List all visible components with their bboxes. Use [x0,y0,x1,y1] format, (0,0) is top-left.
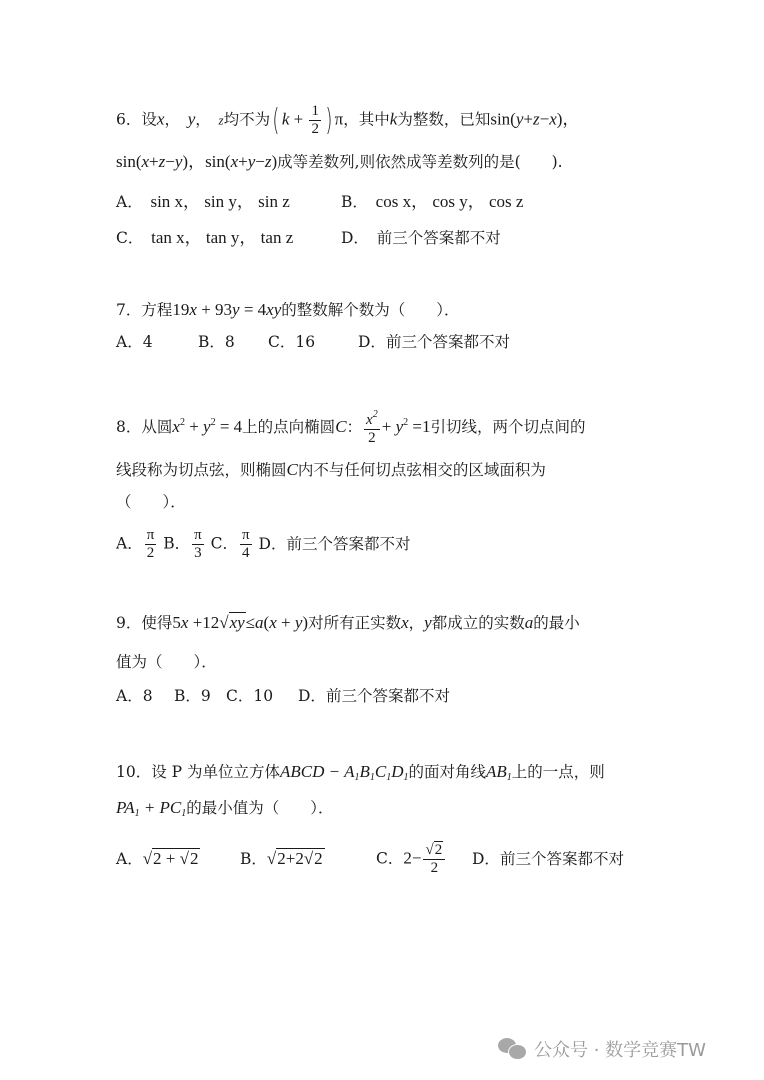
var-x: x [157,110,165,129]
stem-text: 引切线，两个切点间的 [430,418,585,436]
option-label: A． [116,687,143,705]
circle-equation: x2 + y2 = 4 [172,417,242,436]
q9-options: A．8B．9C．10D．前三个答案都不对 [116,689,450,705]
stem-text: 的整数解个数为（ ）． [281,301,459,319]
option-label: C． [211,535,238,553]
q8-stem-line2: 线段称为切点弦，则椭圆C内不与任何切点弦相交的区域面积为 [116,461,546,479]
fraction-x2-over-2: x22 [364,410,380,446]
watermark-text: 公众号 · 数学竞赛TW [534,1036,706,1062]
question-number: 7． [116,301,141,319]
q8-stem-line1: 8．从圆x2 + y2 = 4上的点向椭圆C：x22+ y2 =1引切线，两个切… [116,410,585,446]
option-text: 前三个答案都不对 [386,333,510,351]
q8-options: A．π2 B．π3 C．π4 D．前三个答案都不对 [116,528,410,561]
option-label: A． [116,193,135,211]
q7-stem: 7．方程19x + 93y = 4xy的整数解个数为（ ）． [116,301,460,319]
stem-text: 为整数，已知 [397,111,490,129]
option-label: D． [298,687,326,705]
option-a[interactable]: A．√2 + √2 [116,850,240,868]
option-label: B． [341,193,360,211]
option-c[interactable]: C． tan x， tan y， tan z [116,229,341,247]
stem-text: （ ）． [116,493,186,511]
question-number: 9． [116,614,141,632]
option-text: 前三个答案都不对 [377,229,501,247]
option-d[interactable]: D． 前三个答案都不对 [341,231,501,247]
fraction-pi-over-2: π2 [145,528,157,561]
option-label: D． [358,333,386,351]
option-a[interactable]: A．8 [116,689,174,705]
option-text: 9 [201,687,211,705]
option-label: C． [268,333,295,351]
option-b[interactable]: B．9 [174,689,226,705]
stem-text: 的最小值为（ ）． [186,799,333,817]
option-b[interactable]: B．π3 [163,528,205,561]
inequality: 5x +12√xy≤a(x + y) [172,612,308,632]
stem-text: 对所有正实数 [308,614,401,632]
stem-text: 成等差数列,则依然成等差数列的是( ). [277,153,562,171]
option-b-expr: √2+2√2 [267,848,325,868]
option-text: 4 [143,333,153,351]
option-text: 16 [295,333,315,351]
var-y: y [424,613,432,632]
q8-stem-line3: （ ）． [116,495,186,511]
stem-text: 从圆 [141,418,172,436]
option-d[interactable]: D．前三个答案都不对 [298,689,450,705]
q9-stem-line1: 9．使得5x +12√xy≤a(x + y)对所有正实数x，y都成立的实数a的最… [116,614,580,632]
q6-options-row1: A． sin x， sin y， sin zB． cos x， cos y， c… [116,193,523,211]
option-text: sin x， sin y， sin z [150,192,289,211]
option-label: A． [116,850,143,868]
right-paren: ) [325,106,332,136]
stem-text: 的面对角线 [408,763,486,781]
option-c[interactable]: C．16 [268,335,358,351]
fraction-sqrt2-over-2: √22 [423,843,445,876]
option-a[interactable]: A． sin x， sin y， sin z [116,193,341,211]
option-a[interactable]: A．4 [116,335,198,351]
stem-text: 方程 [141,301,172,319]
q6-stem-line2: sin(x+z−y)，sin(x+y−z)成等差数列,则依然成等差数列的是( )… [116,153,563,171]
stem-text: 使得 [141,614,172,632]
var-a: a [525,613,534,632]
option-a[interactable]: A．π2 [116,528,158,561]
option-text: cos x， cos y， cos z [376,192,524,211]
question-number: 10． [116,763,151,781]
sin-expr: sin(y+z−x)， [490,110,579,129]
fraction-pi-over-4: π4 [240,528,252,561]
stem-text: 内不与任何切点弦相交的区域面积为 [298,461,546,479]
option-d[interactable]: D．前三个答案都不对 [472,852,624,868]
option-a-expr: √2 + √2 [143,848,201,868]
option-c[interactable]: C．10 [226,689,298,705]
q6-options-row2: C． tan x， tan y， tan zD． 前三个答案都不对 [116,229,501,247]
option-text: tan x， tan y， tan z [151,228,293,247]
option-label: B． [240,850,267,868]
equation: 19x + 93y = 4xy [172,300,281,319]
option-text: 8 [225,333,235,351]
option-d[interactable]: D．前三个答案都不对 [358,335,510,351]
diagonal-name: AB1 [486,762,512,781]
question-number: 6． [116,111,141,129]
stem-text: 都成立的实数 [432,614,525,632]
option-text: 10 [253,687,273,705]
q6-stem-line1: 6．设x， y， z均不为(k + 12)π，其中k为整数，已知sin(y+z−… [116,104,579,137]
option-b[interactable]: B．8 [198,335,268,351]
sum-expr: PA1 + PC1 [116,798,186,817]
option-text: 前三个答案都不对 [286,535,410,553]
option-label: C． [226,687,253,705]
stem-text: 设 [141,111,157,129]
option-text: 前三个答案都不对 [500,850,624,868]
option-d[interactable]: D．前三个答案都不对 [259,537,411,553]
stem-text: 值为（ ）． [116,653,217,671]
option-b[interactable]: B． cos x， cos y， cos z [341,193,523,211]
stem-text: ： [347,418,363,436]
option-label: A． [116,333,143,351]
var-C: C [287,460,298,479]
q9-stem-line2: 值为（ ）． [116,655,217,671]
option-label: C． [116,229,136,247]
fraction-pi-over-3: π3 [192,528,204,561]
pi-symbol: π [335,110,344,129]
var-x: x [401,613,409,632]
question-number: 8． [116,418,141,436]
cube-name: ABCD − A1B1C1D1 [280,762,408,781]
fraction-one-half: 12 [309,104,321,137]
q10-stem-line2: PA1 + PC1的最小值为（ ）． [116,799,334,819]
option-c[interactable]: C．π4 [211,528,254,561]
sin-expr: sin(x+z−y)，sin(x+y−z) [116,152,277,171]
stem-text: ，其中 [343,111,390,129]
left-paren: ( [272,106,279,136]
option-c[interactable]: C．2−√22 [376,843,472,876]
option-b[interactable]: B．√2+2√2 [240,850,376,868]
option-label: D． [341,229,361,247]
option-label: D． [472,850,500,868]
var-y: y [188,110,196,129]
option-label: D． [259,535,287,553]
q10-options: A．√2 + √2B．√2+2√2C．2−√22D．前三个答案都不对 [116,843,624,876]
stem-text: 的最小 [533,614,580,632]
var-C: C [335,417,346,436]
stem-text: 线段称为切点弦，则椭圆 [116,461,287,479]
option-text: 8 [143,687,153,705]
option-label: B． [174,687,201,705]
stem-text: 均不为 [224,111,271,129]
stem-text: 设 P 为单位立方体 [151,763,280,781]
stem-text: 上的点向椭圆 [242,418,335,436]
option-text: 前三个答案都不对 [326,687,450,705]
option-label: C． [376,850,403,868]
q7-options: A．4B．8C．16D．前三个答案都不对 [116,335,510,351]
option-label: A． [116,535,143,553]
wechat-icon [498,1038,528,1060]
option-label: B． [163,535,190,553]
watermark: 公众号 · 数学竞赛TW [498,1036,706,1062]
option-c-expr: 2− [403,849,421,868]
option-label: B． [198,333,225,351]
stem-text: 上的一点，则 [512,763,605,781]
q10-stem-line1: 10．设 P 为单位立方体ABCD − A1B1C1D1的面对角线AB1上的一点… [116,763,605,783]
